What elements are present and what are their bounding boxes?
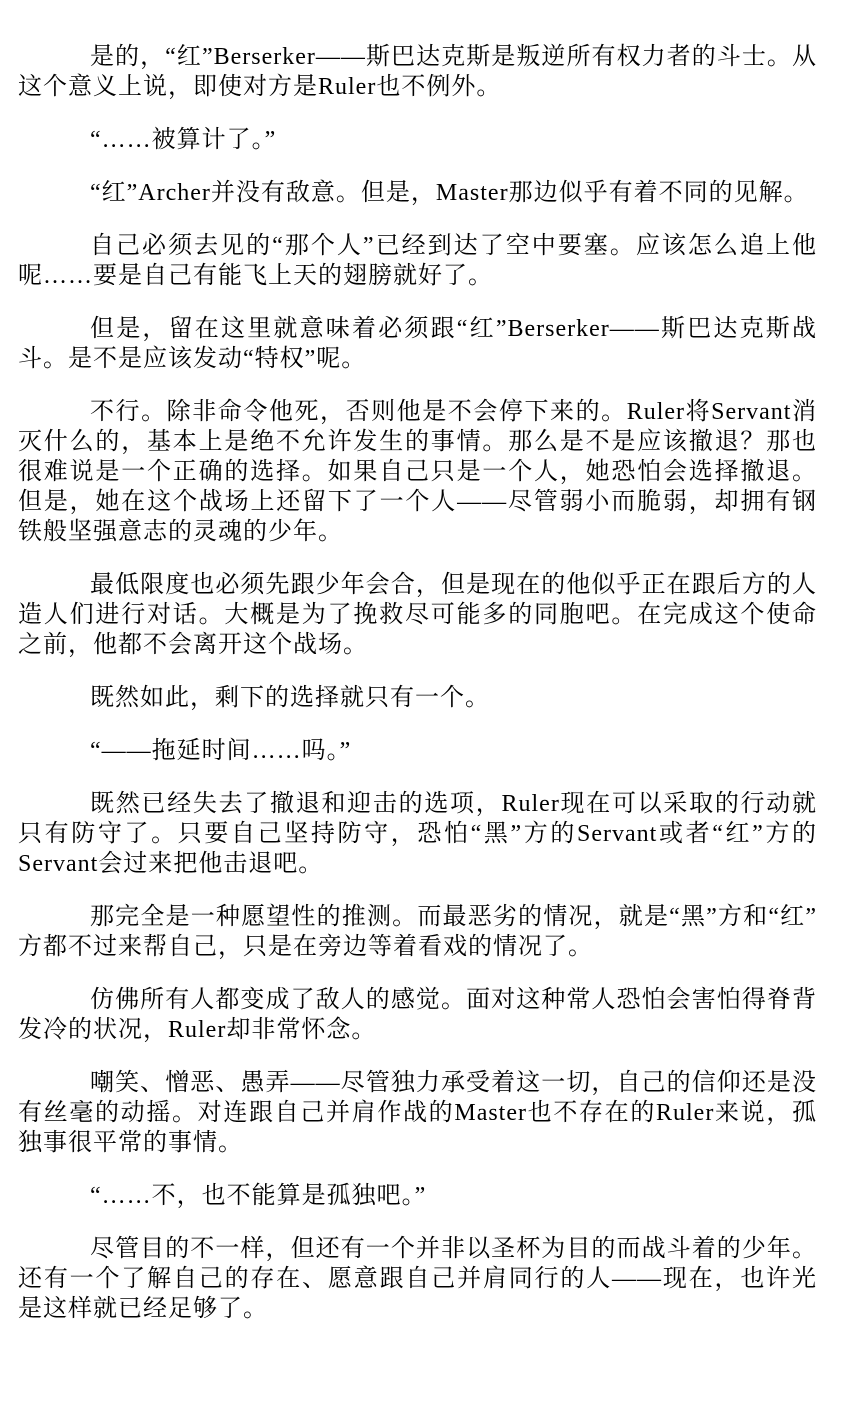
paragraph-6: 不行。除非命令他死，否则他是不会停下来的。Ruler将Servant消灭什么的，… xyxy=(18,397,817,547)
paragraph-7: 最低限度也必须先跟少年会合，但是现在的他似乎正在跟后方的人造人们进行对话。大概是… xyxy=(18,570,817,660)
paragraph-12: 仿佛所有人都变成了敌人的感觉。面对这种常人恐怕会害怕得脊背发冷的状况，Ruler… xyxy=(18,985,817,1045)
paragraph-8: 既然如此，剩下的选择就只有一个。 xyxy=(18,683,817,713)
paragraph-2: “……被算计了。” xyxy=(18,125,817,155)
paragraph-9: “——拖延时间……吗。” xyxy=(18,736,817,766)
paragraph-3: “红”Archer并没有敌意。但是，Master那边似乎有着不同的见解。 xyxy=(18,178,817,208)
paragraph-13: 嘲笑、憎恶、愚弄——尽管独力承受着这一切，自己的信仰还是没有丝毫的动摇。对连跟自… xyxy=(18,1068,817,1158)
paragraph-11: 那完全是一种愿望性的推测。而最恶劣的情况，就是“黑”方和“红”方都不过来帮自己，… xyxy=(18,902,817,962)
paragraph-14: “……不，也不能算是孤独吧。” xyxy=(18,1181,817,1211)
paragraph-5: 但是，留在这里就意味着必须跟“红”Berserker——斯巴达克斯战斗。是不是应… xyxy=(18,314,817,374)
paragraph-1: 是的，“红”Berserker——斯巴达克斯是叛逆所有权力者的斗士。从这个意义上… xyxy=(18,42,817,102)
paragraph-4: 自己必须去见的“那个人”已经到达了空中要塞。应该怎么追上他呢……要是自己有能飞上… xyxy=(18,231,817,291)
paragraph-10: 既然已经失去了撤退和迎击的选项，Ruler现在可以采取的行动就只有防守了。只要自… xyxy=(18,789,817,879)
paragraph-15: 尽管目的不一样，但还有一个并非以圣杯为目的而战斗着的少年。还有一个了解自己的存在… xyxy=(18,1234,817,1324)
novel-text-page: 是的，“红”Berserker——斯巴达克斯是叛逆所有权力者的斗士。从这个意义上… xyxy=(0,0,851,1401)
